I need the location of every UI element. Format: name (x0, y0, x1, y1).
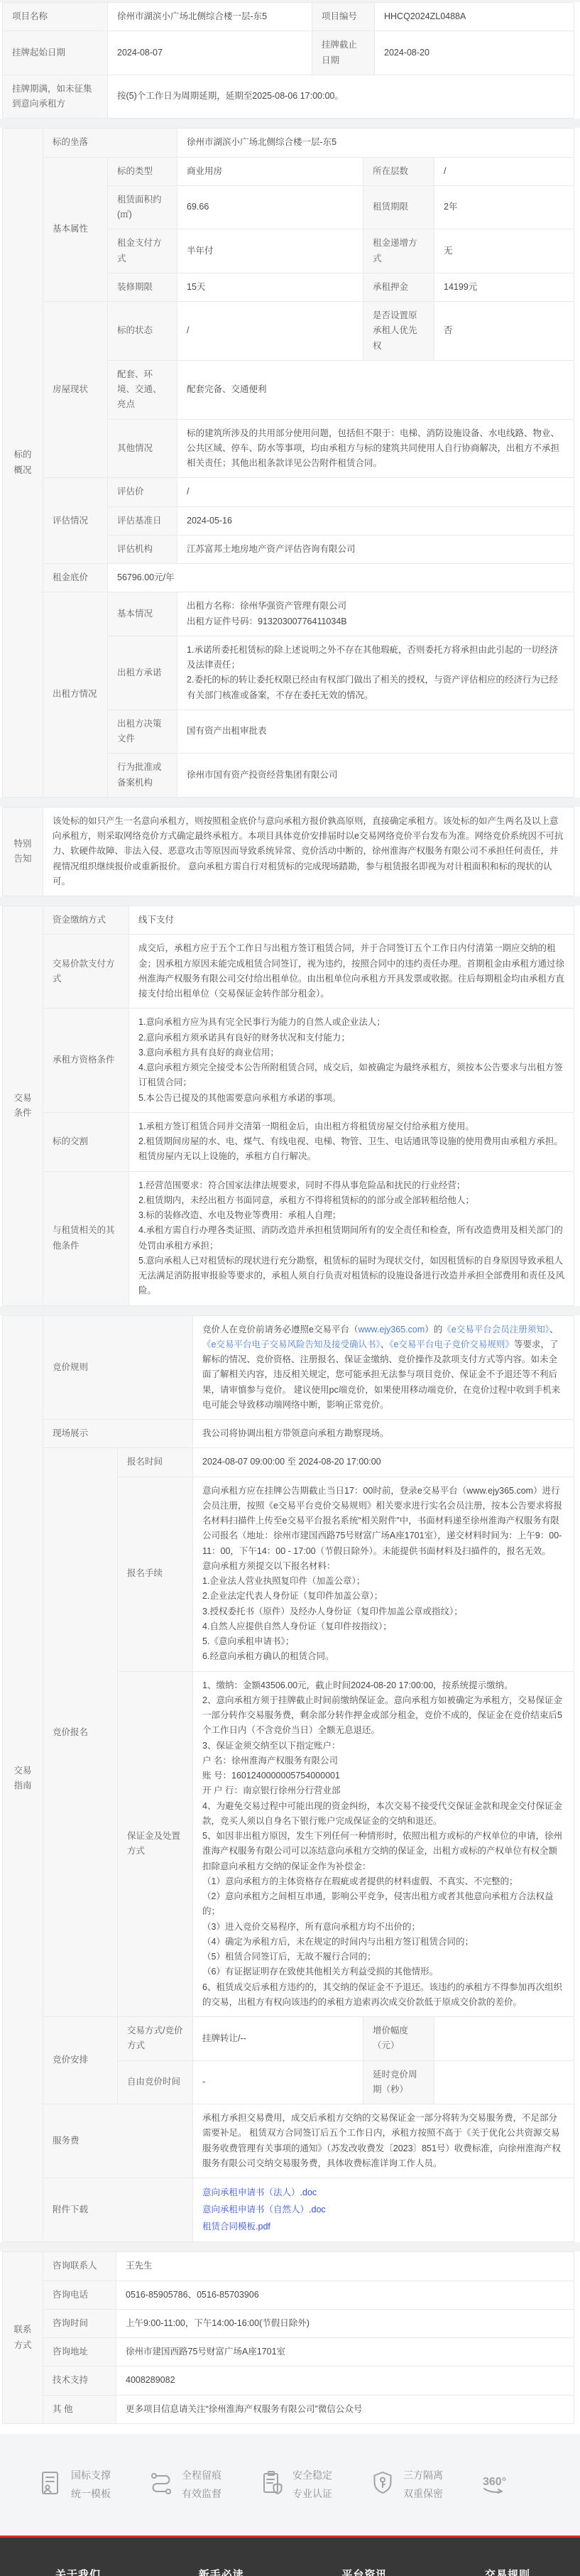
table-row: 技术支持 4008289082 (3, 2366, 574, 2395)
lease-other-label: 与租赁相关的其他条件 (43, 1171, 129, 1305)
project-name-label: 项目名称 (3, 3, 108, 31)
project-info-table: 项目名称 徐州市湖滨小广场北侧综合楼一层-东5 项目编号 HHCQ2024ZL0… (2, 2, 574, 119)
arrange-group-label: 竞价安排 (43, 2017, 118, 2104)
table-row: 交易指南 竞价规则 竞价人在竞价前请务必遵照e交易平台（www.ejy365.c… (3, 1315, 574, 1420)
site-show-label: 现场展示 (43, 1420, 193, 1448)
facility-value: 配套完备、交通便利 (177, 360, 574, 419)
section-rail-conditions: 交易条件 (3, 906, 43, 1306)
conditions-table: 交易条件 资金缴纳方式 线下支付 交易价款支付方式 成交后，承租方应于五个工作日… (2, 906, 574, 1306)
procedure-value: 意向承租方应在挂牌公告期截止当日17：00时前，登录e交易平台（www.ejy3… (193, 1477, 574, 1671)
deposit-label: 承租押金 (363, 273, 434, 301)
basic-group-label: 基本属性 (43, 157, 108, 302)
increment-value (434, 2017, 574, 2061)
other-situation-value: 标的建筑所涉及的共用部分使用问题，包括但不限于：电梯、消防设施设备、水电线路、物… (177, 419, 574, 478)
table-row: 竞价安排 交易方式/竞价方式 挂牌转让/-- 增价幅度（元） (3, 2017, 574, 2061)
table-row: 现场展示 我公司将协调出租方带领意向承租方勘察现场。 (3, 1420, 574, 1448)
feature-badge-strip: 国标支撑统一模板 全程留痕有效监督 安全稳定专业认证 (0, 2434, 580, 2536)
house-group-label: 房屋现状 (43, 302, 108, 478)
footer-link-about[interactable]: 关于我们 (55, 2567, 101, 2576)
approval-org-value: 徐州市国有资产投资经营集团有限公司 (177, 754, 574, 798)
bid-rule-value: 竞价人在竞价前请务必遵照e交易平台（www.ejy365.com）的《e交易平台… (193, 1315, 574, 1420)
table-row: 交易价款支付方式 成交后，承租方应于五个工作日与出租方签订租赁合同，并于合同签订… (3, 935, 574, 1009)
360-degree-icon: 360° (480, 2469, 515, 2500)
extension-label: 挂牌期满，如未征集到意向承租方 (3, 75, 108, 119)
table-row: 服务费 承租方承担交易费用，成交后承租方交纳的交易保证金一部分将转为交易服务费，… (3, 2104, 574, 2178)
eval-price-label: 评估价 (108, 478, 177, 506)
table-row: 挂牌起始日期 2024-08-07 挂牌截止日期 2024-08-20 (3, 31, 574, 75)
table-row: 房屋现状 标的状态 / 是否设置原承租人优先权 否 (3, 302, 574, 361)
contact-person-value: 王先生 (116, 2252, 574, 2281)
table-row: 挂牌期满，如未征集到意向承租方 按(5)个工作日为周期延期，延期至2025-08… (3, 75, 574, 119)
tech-support-label: 技术支持 (43, 2366, 116, 2395)
service-fee-value: 承租方承担交易费用，成交后承租方交纳的交易保证金一部分将转为交易服务费，不足部分… (193, 2104, 574, 2178)
location-label: 标的坐落 (43, 129, 177, 157)
badge-national-standard: 国标支撑统一模板 (37, 2466, 111, 2504)
floor-value: / (434, 157, 574, 185)
lessor-promise-value: 1.承诺所委托租赁标的除上述说明之外不存在其他瑕疵，否则委托方将承担由此引起的一… (177, 636, 574, 710)
deposit-value: 14199元 (434, 273, 574, 301)
attachment-link-natural-person-doc[interactable]: 意向承租申请书（自然人）.doc (202, 2202, 564, 2219)
priority-label: 是否设置原承租人优先权 (363, 302, 434, 361)
contact-time-value: 上午9:00-11:00，下午14:00-16:00(节假日除外) (116, 2309, 574, 2337)
eval-org-value: 江苏富邦土地房地产资产评估咨询有限公司 (177, 535, 574, 563)
floor-label: 所在层数 (363, 157, 434, 185)
attachment-link-contract-pdf[interactable]: 租赁合同模板.pdf (202, 2219, 564, 2236)
page: 项目名称 徐州市湖滨小广场北侧综合楼一层-东5 项目编号 HHCQ2024ZL0… (0, 0, 580, 2576)
footer-link-beginner[interactable]: 新手必读 (199, 2567, 244, 2576)
payment-value: 成交后，承租方应于五个工作日与出租方签订租赁合同，并于合同签订五个工作日内付清第… (129, 935, 574, 1009)
document-template-icon (37, 2469, 64, 2500)
status-label: 标的状态 (108, 302, 177, 361)
table-row: 出租方情况 基本情况 出租方名称：徐州华强资产管理有限公司 出租方证件号码：91… (3, 592, 574, 636)
increase-label: 租金递增方式 (363, 229, 434, 273)
trade-mode-label: 交易方式/竞价方式 (118, 2017, 193, 2061)
area-value: 69.66 (177, 185, 363, 229)
svg-text:360°: 360° (483, 2476, 506, 2488)
lease-other-value: 1.经营范围要求：符合国家法律法规要求，同时不得从事危险品和扰民的行业经营； 2… (129, 1171, 574, 1305)
decision-doc-label: 出租方决策文件 (108, 710, 177, 754)
inline-link[interactable]: 《e交易平台电子交易风险告知及接受确认书》 (202, 1339, 381, 1349)
table-row: 附件下载 意向承租申请书（法人）.doc 意向承租申请书（自然人）.doc 租赁… (3, 2178, 574, 2242)
contact-address-label: 咨询地址 (43, 2338, 116, 2366)
listing-start-value: 2024-08-07 (108, 31, 312, 75)
project-code-value: HHCQ2024ZL0488A (375, 3, 574, 31)
pay-value: 半年付 (177, 229, 363, 273)
signup-group-label: 竞价报名 (43, 1448, 118, 2017)
priority-value: 否 (434, 302, 574, 361)
shield-key-icon (369, 2469, 396, 2500)
table-row: 基本属性 标的类型 商业用房 所在层数 / (3, 157, 574, 185)
badge-secure-stable: 安全稳定专业认证 (258, 2466, 332, 2504)
site-show-value: 我公司将协调出租方带领意向承租方勘察现场。 (193, 1420, 574, 1448)
table-row: 竞价报名 报名时间 2024-08-07 09:00:00 至 2024-08-… (3, 1448, 574, 1477)
term-label: 租赁期限 (363, 185, 434, 229)
lessor-basic-value: 出租方名称：徐州华强资产管理有限公司 出租方证件号码：9132030077641… (177, 592, 574, 636)
table-row: 咨询地址 徐州市建国西路75号财富广场A座1701室 (3, 2338, 574, 2366)
decision-doc-value: 国有资产出租审批表 (177, 710, 574, 754)
increment-label: 增价幅度（元） (363, 2017, 434, 2061)
service-fee-label: 服务费 (43, 2104, 193, 2178)
table-row: 咨询电话 0516-85905786、0516-85703906 (3, 2281, 574, 2309)
badge-full-trace: 全程留痕有效监督 (148, 2466, 221, 2504)
clipboard-shield-icon (258, 2469, 285, 2500)
table-row: 联系方式 咨询联系人 王先生 (3, 2252, 574, 2281)
eval-price-value: / (177, 478, 574, 506)
overview-table: 标的概况 标的坐落 徐州市湖滨小广场北侧综合楼一层-东5 基本属性 标的类型 商… (2, 128, 574, 798)
table-row: 与租赁相关的其他条件 1.经营范围要求：符合国家法律法规要求，同时不得从事危险品… (3, 1171, 574, 1305)
table-row: 租金底价 56796.00元/年 (3, 564, 574, 592)
delivery-label: 标的交割 (43, 1112, 129, 1171)
trade-mode-value: 挂牌转让/-- (193, 2017, 363, 2061)
eval-org-label: 评估机构 (108, 535, 177, 563)
section-rail-contact: 联系方式 (3, 2252, 43, 2424)
table-row: 咨询时间 上午9:00-11:00，下午14:00-16:00(节假日除外) (3, 2309, 574, 2337)
floor-price-label: 租金底价 (43, 564, 108, 592)
badge-360-view: 360° (480, 2469, 522, 2500)
section-rail-notice: 特别告知 (3, 807, 43, 896)
qualification-label: 承租方资格条件 (43, 1009, 129, 1113)
table-row: 交易条件 资金缴纳方式 线下支付 (3, 906, 574, 935)
floor-price-value: 56796.00元/年 (108, 564, 574, 592)
status-value: / (177, 302, 363, 361)
table-row: 项目名称 徐州市湖滨小广场北侧综合楼一层-东5 项目编号 HHCQ2024ZL0… (3, 3, 574, 31)
section-rail-guide: 交易指南 (3, 1315, 43, 2242)
inline-link[interactable]: 《e交易平台会员注册须知》 (442, 1325, 549, 1335)
type-label: 标的类型 (108, 157, 177, 185)
contact-other-value: 更多项目信息请关注“徐州淮海产权服务有限公司”微信公众号 (116, 2395, 574, 2423)
badge-label: 国标支撑统一模板 (71, 2466, 111, 2504)
notice-text: 该处标的如只产生一名意向承租方，则按照租金底价与意向承租方报价孰高原则，直接确定… (43, 807, 574, 896)
contact-person-label: 咨询联系人 (43, 2252, 116, 2281)
procedure-label: 报名手续 (118, 1477, 193, 1671)
table-row: 其 他 更多项目信息请关注“徐州淮海产权服务有限公司”微信公众号 (3, 2395, 574, 2423)
contact-phone-value: 0516-85905786、0516-85703906 (116, 2281, 574, 2309)
free-bid-label: 自由竞价时间 (118, 2060, 193, 2104)
tech-support-value: 4008289082 (116, 2366, 574, 2395)
term-value: 2年 (434, 185, 574, 229)
fitment-label: 装修期限 (108, 273, 177, 301)
bond-value: 1、缴纳：金额43506.00元，截止时间2024-08-20 17:00:00… (193, 1671, 574, 2017)
extension-value: 按(5)个工作日为周期延期，延期至2025-08-06 17:00:00。 (108, 75, 574, 119)
route-path-icon (148, 2469, 175, 2500)
table-row: 承租方资格条件 1.意向承租方应为具有完全民事行为能力的自然人或企业法人； 2.… (3, 1009, 574, 1113)
delay-cycle-label: 延时竞价周期（秒） (363, 2060, 434, 2104)
listing-end-value: 2024-08-20 (375, 31, 574, 75)
guide-table: 交易指南 竞价规则 竞价人在竞价前请务必遵照e交易平台（www.ejy365.c… (2, 1315, 574, 2243)
fund-method-label: 资金缴纳方式 (43, 906, 129, 935)
table-row: 特别告知 该处标的如只产生一名意向承租方，则按照租金底价与意向承租方报价孰高原则… (3, 807, 574, 896)
pay-label: 租金支付方式 (108, 229, 177, 273)
inline-link[interactable]: www.ejy365.com (358, 1325, 425, 1335)
area-label: 租赁面积约(㎡) (108, 185, 177, 229)
delivery-value: 1.承租方签订租赁合同并交清第一期租金后，由出租方将租赁房屋交付给承租方使用。 … (129, 1112, 574, 1171)
table-row: 评估情况 评估价 / (3, 478, 574, 506)
project-name-value: 徐州市湖滨小广场北侧综合楼一层-东5 (108, 3, 312, 31)
attachments-cell: 意向承租申请书（法人）.doc 意向承租申请书（自然人）.doc 租赁合同模板.… (193, 2178, 574, 2242)
other-situation-label: 其他情况 (108, 419, 177, 478)
signup-time-label: 报名时间 (118, 1448, 193, 1477)
bond-label: 保证金及处置方式 (118, 1671, 193, 2017)
attachments-label: 附件下载 (43, 2178, 193, 2242)
contact-time-label: 咨询时间 (43, 2309, 116, 2337)
fund-method-value: 线下支付 (129, 906, 574, 935)
eval-date-value: 2024-05-16 (177, 506, 574, 535)
section-rail-overview: 标的概况 (3, 129, 43, 798)
badge-isolation: 三方隔离双重保密 (369, 2466, 443, 2504)
listing-end-label: 挂牌截止日期 (312, 31, 375, 75)
contact-phone-label: 咨询电话 (43, 2281, 116, 2309)
badge-label: 全程留痕有效监督 (182, 2466, 221, 2504)
footer-link-rules[interactable]: 交易规则 (485, 2567, 530, 2576)
attachment-link-legal-person-doc[interactable]: 意向承租申请书（法人）.doc (202, 2185, 564, 2202)
contact-other-label: 其 他 (43, 2395, 116, 2423)
lessor-group-label: 出租方情况 (43, 592, 108, 798)
badge-label: 三方隔离双重保密 (403, 2466, 443, 2504)
listing-start-label: 挂牌起始日期 (3, 31, 108, 75)
bid-rule-label: 竞价规则 (43, 1315, 193, 1420)
project-code-label: 项目编号 (312, 3, 375, 31)
fitment-value: 15天 (177, 273, 363, 301)
footer-link-news[interactable]: 平台资讯 (341, 2567, 387, 2576)
payment-label: 交易价款支付方式 (43, 935, 129, 1009)
signup-time-value: 2024-08-07 09:00:00 至 2024-08-20 17:00:0… (193, 1448, 574, 1477)
approval-org-label: 行为批准或备案机构 (108, 754, 177, 798)
type-value: 商业用房 (177, 157, 363, 185)
eval-group-label: 评估情况 (43, 478, 108, 564)
location-value: 徐州市湖滨小广场北侧综合楼一层-东5 (177, 129, 574, 157)
contact-table: 联系方式 咨询联系人 王先生 咨询电话 0516-85905786、0516-8… (2, 2251, 574, 2424)
contact-address-value: 徐州市建国西路75号财富广场A座1701室 (116, 2338, 574, 2366)
lessor-basic-label: 基本情况 (108, 592, 177, 636)
free-bid-value: - (193, 2060, 363, 2104)
notice-table: 特别告知 该处标的如只产生一名意向承租方，则按照租金底价与意向承租方报价孰高原则… (2, 807, 574, 896)
table-row: 标的概况 标的坐落 徐州市湖滨小广场北侧综合楼一层-东5 (3, 129, 574, 157)
eval-date-label: 评估基准日 (108, 506, 177, 535)
increase-value: 无 (434, 229, 574, 273)
inline-link[interactable]: 《e交易平台电子竞价交易规则》 (389, 1339, 514, 1349)
qualification-value: 1.意向承租方应为具有完全民事行为能力的自然人或企业法人； 2.意向承租方须承诺… (129, 1009, 574, 1113)
table-row: 标的交割 1.承租方签订租赁合同并交清第一期租金后，由出租方将租赁房屋交付给承租… (3, 1112, 574, 1171)
facility-label: 配套、环境、交通、亮点 (108, 360, 177, 419)
lessor-promise-label: 出租方承诺 (108, 636, 177, 710)
footer: 关于我们 新手必读 平台资讯 交易规则 (0, 2538, 580, 2576)
badge-label: 安全稳定专业认证 (292, 2466, 332, 2504)
delay-cycle-value (434, 2060, 574, 2104)
